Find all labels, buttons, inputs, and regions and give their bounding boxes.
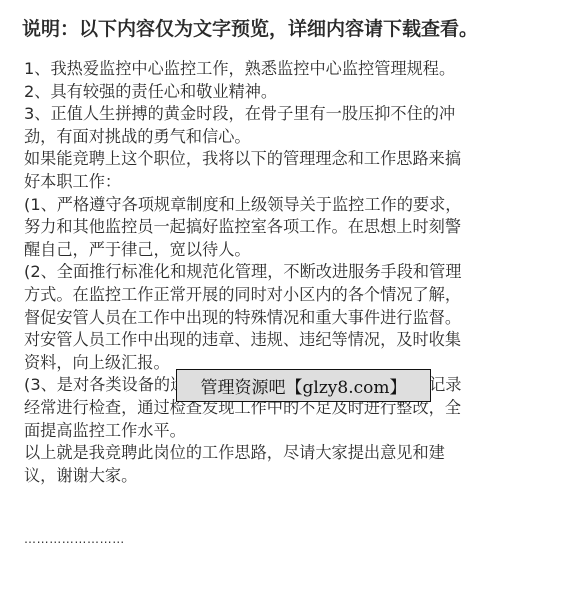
text-line: 面提高监控工作水平。 [24, 420, 554, 443]
text-line: 3、正值人生拼搏的黄金时段，在骨子里有一股压抑不住的冲 [24, 103, 554, 126]
text-line: 醒自己，严于律己，宽以待人。 [24, 239, 554, 262]
text-line: 努力和其他监控员一起搞好监控室各项工作。在思想上时刻警 [24, 216, 554, 239]
text-line: 督促安管人员在工作中出现的特殊情况和重大事件进行监督。 [24, 307, 554, 330]
document-body: 1、我热爱监控中心监控工作，熟悉监控中心监控管理规程。 2、具有较强的责任心和敬… [24, 58, 554, 487]
preview-notice: 说明：以下内容仅为文字预览，详细内容请下载查看。 [22, 14, 478, 41]
text-line: 劲，有面对挑战的勇气和信心。 [24, 126, 554, 149]
text-line: 2、具有较强的责任心和敬业精神。 [24, 81, 554, 104]
text-line: (2、全面推行标准化和规范化管理，不断改进服务手段和管理 [24, 261, 554, 284]
text-line: 对安管人员工作中出现的违章、违规、违纪等情况，及时收集 [24, 329, 554, 352]
text-line: 方式。在监控工作正常开展的同时对小区内的各个情况了解， [24, 284, 554, 307]
watermark-banner: 管理资源吧【glzy8.com】 [176, 369, 431, 402]
text-line: 1、我热爱监控中心监控工作，熟悉监控中心监控管理规程。 [24, 58, 554, 81]
text-line: (1、严格遵守各项规章制度和上级领导关于监控工作的要求， [24, 194, 554, 217]
text-line: 如果能竞聘上这个职位，我将以下的管理理念和工作思路来搞 [24, 148, 554, 171]
text-line: 议，谢谢大家。 [24, 465, 554, 488]
ellipsis-divider: …………………… [24, 532, 125, 546]
text-line: 以上就是我竞聘此岗位的工作思路，尽请大家提出意见和建 [24, 442, 554, 465]
text-line: 好本职工作： [24, 171, 554, 194]
